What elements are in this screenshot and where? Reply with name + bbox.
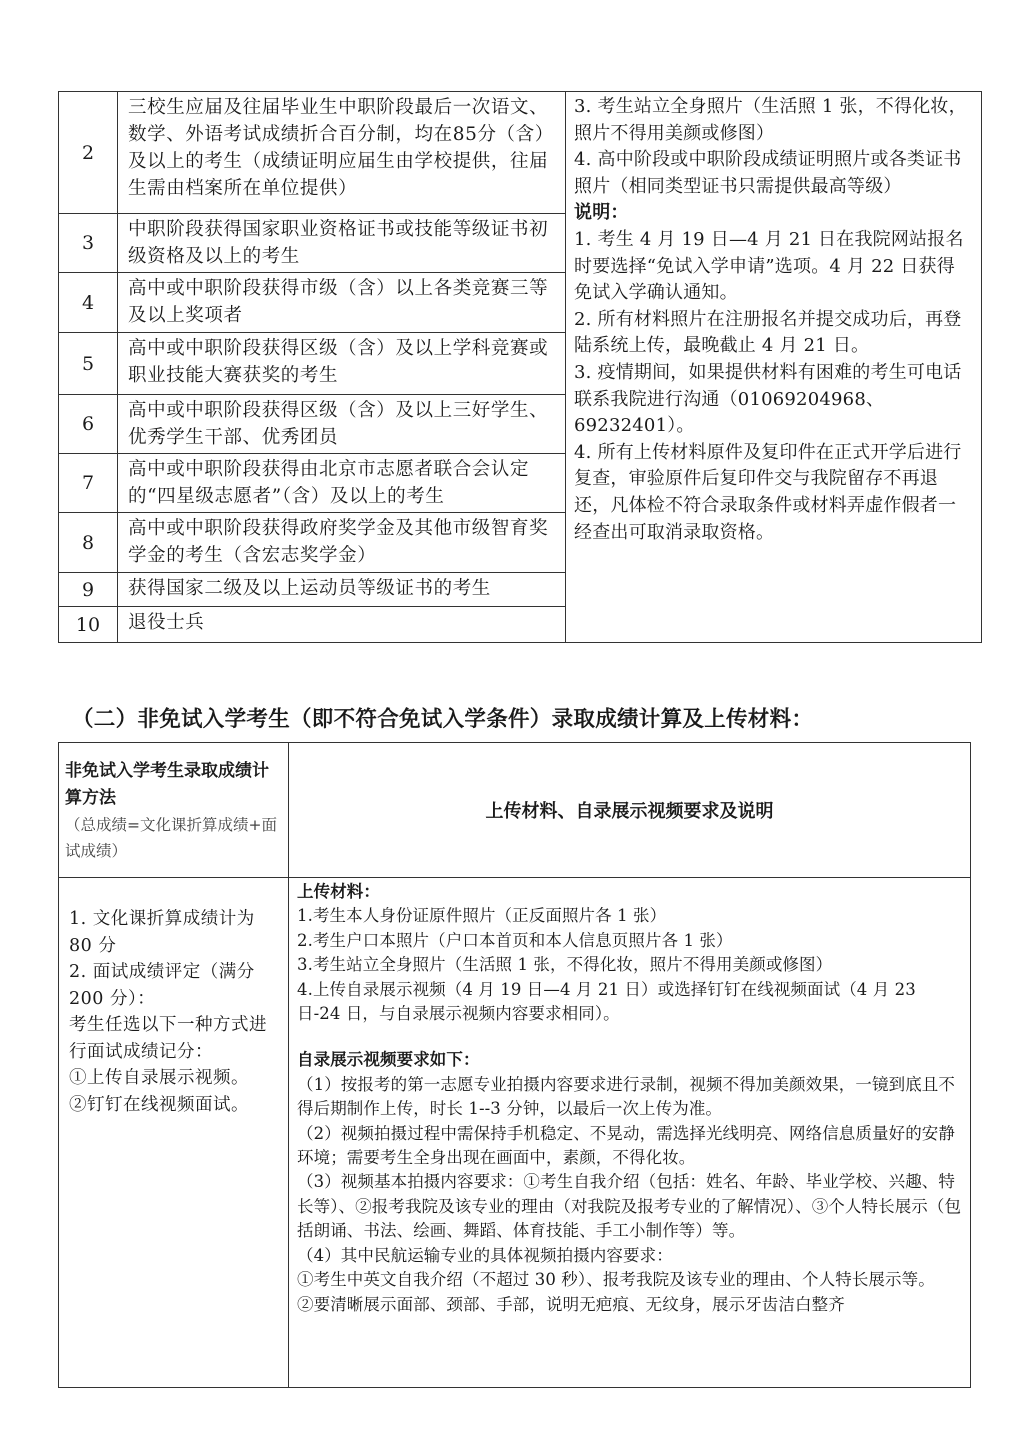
row-number: 3 [59,214,118,273]
video-requirements-title: 自录展示视频要求如下： [297,1048,964,1072]
row-number: 8 [59,513,118,573]
header-score-formula: （总成绩=文化课折算成绩+面试成绩） [65,812,282,864]
materials-notes-cell: 3. 考生站立全身照片（生活照 1 张，不得化妆，照片不得用美颜或修图） 4. … [566,92,982,643]
table-row: 2 三校生应届及往届毕业生中职阶段最后一次语文、数学、外语考试成绩折合百分制，均… [59,92,982,214]
material-item: 3.考生站立全身照片（生活照 1 张，不得化妆，照片不得用美颜或修图） [297,953,964,977]
row-criteria: 高中或中职阶段获得政府奖学金及其他市级智育奖学金的考生（含宏志奖学金） [118,513,566,573]
material-item: 2.考生户口本照片（户口本首页和本人信息页照片各 1 张） [297,929,964,953]
note-item: 3. 疫情期间，如果提供材料有困难的考生可电话联系我院进行沟通（01069204… [574,360,973,440]
notes-title: 说明： [574,200,973,227]
row-number: 7 [59,454,118,513]
row-criteria: 获得国家二级及以上运动员等级证书的考生 [118,573,566,607]
score-item: 1. 文化课折算成绩计为 80 分 [69,906,282,959]
header-score-method-title: 非免试入学考生录取成绩计算方法 [65,758,282,812]
spacer [297,1026,964,1048]
score-item: 考生任选以下一种方式进行面试成绩记分： [69,1012,282,1065]
row-criteria: 中职阶段获得国家职业资格证书或技能等级证书初级资格及以上的考生 [118,214,566,273]
material-item: 1.考生本人身份证原件照片（正反面照片各 1 张） [297,904,964,928]
row-number: 10 [59,607,118,643]
row-number: 2 [59,92,118,214]
note-item: 4. 所有上传材料原件及复印件在正式开学后进行复查，审验原件后复印件交与我院留存… [574,440,973,546]
row-number: 4 [59,273,118,333]
note-item: 1. 考生 4 月 19 日—4 月 21 日在我院网站报名时要选择“免试入学申… [574,227,973,307]
row-criteria: 高中或中职阶段获得区级（含）及以上学科竞赛或职业技能大赛获奖的考生 [118,333,566,395]
score-item: 2. 面试成绩评定（满分 200 分）： [69,959,282,1012]
header-score-method: 非免试入学考生录取成绩计算方法 （总成绩=文化课折算成绩+面试成绩） [59,743,289,878]
score-item: ②钉钉在线视频面试。 [69,1092,282,1119]
row-criteria: 退役士兵 [118,607,566,643]
score-item: ①上传自录展示视频。 [69,1065,282,1092]
material-item: 3. 考生站立全身照片（生活照 1 张，不得化妆，照片不得用美颜或修图） [574,94,973,147]
exemption-criteria-table: 2 三校生应届及往届毕业生中职阶段最后一次语文、数学、外语考试成绩折合百分制，均… [58,91,982,643]
row-number: 5 [59,333,118,395]
materials-video-cell: 上传材料： 1.考生本人身份证原件照片（正反面照片各 1 张） 2.考生户口本照… [289,878,971,1388]
material-item: 4.上传自录展示视频（4 月 19 日—4 月 21 日）或选择钉钉在线视频面试… [297,978,964,1027]
video-requirement: （3）视频基本拍摄内容要求：①考生自我介绍（包括：姓名、年龄、毕业学校、兴趣、特… [297,1170,964,1243]
row-criteria: 高中或中职阶段获得由北京市志愿者联合会认定的“四星级志愿者”（含）及以上的考生 [118,454,566,513]
video-requirement: ②要清晰展示面部、颈部、手部，说明无疤痕、无纹身，展示牙齿洁白整齐 [297,1293,964,1317]
row-criteria: 高中或中职阶段获得区级（含）及以上三好学生、优秀学生干部、优秀团员 [118,395,566,454]
header-materials: 上传材料、自录展示视频要求及说明 [289,743,971,878]
score-method-cell: 1. 文化课折算成绩计为 80 分 2. 面试成绩评定（满分 200 分）： 考… [59,878,289,1388]
video-requirement: （1）按报考的第一志愿专业拍摄内容要求进行录制，视频不得加美颜效果，一镜到底且不… [297,1073,964,1122]
section-heading: （二）非免试入学考生（即不符合免试入学条件）录取成绩计算及上传材料： [72,702,813,733]
note-item: 2. 所有材料照片在注册报名并提交成功后，再登陆系统上传，最晚截止 4 月 21… [574,307,973,360]
video-requirement: （4）其中民航运输专业的具体视频拍摄内容要求： [297,1244,964,1268]
material-item: 4. 高中阶段或中职阶段成绩证明照片或各类证书照片（相同类型证书只需提供最高等级… [574,147,973,200]
materials-title: 上传材料： [297,880,964,904]
table-body-row: 1. 文化课折算成绩计为 80 分 2. 面试成绩评定（满分 200 分）： 考… [59,878,971,1388]
non-exemption-table: 非免试入学考生录取成绩计算方法 （总成绩=文化课折算成绩+面试成绩） 上传材料、… [58,742,971,1388]
row-number: 9 [59,573,118,607]
table-header-row: 非免试入学考生录取成绩计算方法 （总成绩=文化课折算成绩+面试成绩） 上传材料、… [59,743,971,878]
video-requirement: ①考生中英文自我介绍（不超过 30 秒）、报考我院及该专业的理由、个人特长展示等… [297,1268,964,1292]
row-criteria: 三校生应届及往届毕业生中职阶段最后一次语文、数学、外语考试成绩折合百分制，均在8… [118,92,566,214]
row-criteria: 高中或中职阶段获得市级（含）以上各类竞赛三等及以上奖项者 [118,273,566,333]
video-requirement: （2）视频拍摄过程中需保持手机稳定、不晃动，需选择光线明亮、网络信息质量好的安静… [297,1122,964,1171]
row-number: 6 [59,395,118,454]
